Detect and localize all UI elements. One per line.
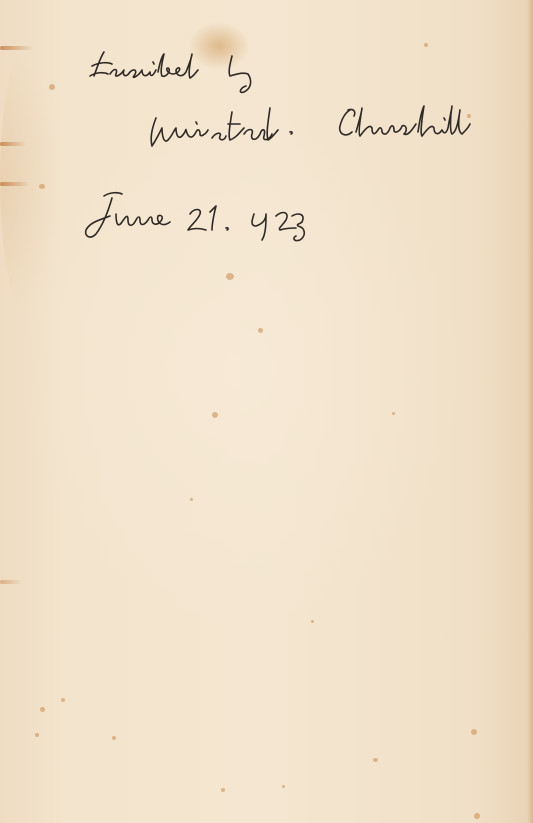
inscribed-book-page: Inscribed by Winston S. Churchill June 2…	[0, 0, 533, 823]
handwritten-inscription	[0, 0, 533, 823]
inscription-line-inscribed-by	[90, 52, 251, 92]
inscription-line-date	[86, 193, 305, 241]
inscription-line-signature	[151, 106, 470, 146]
